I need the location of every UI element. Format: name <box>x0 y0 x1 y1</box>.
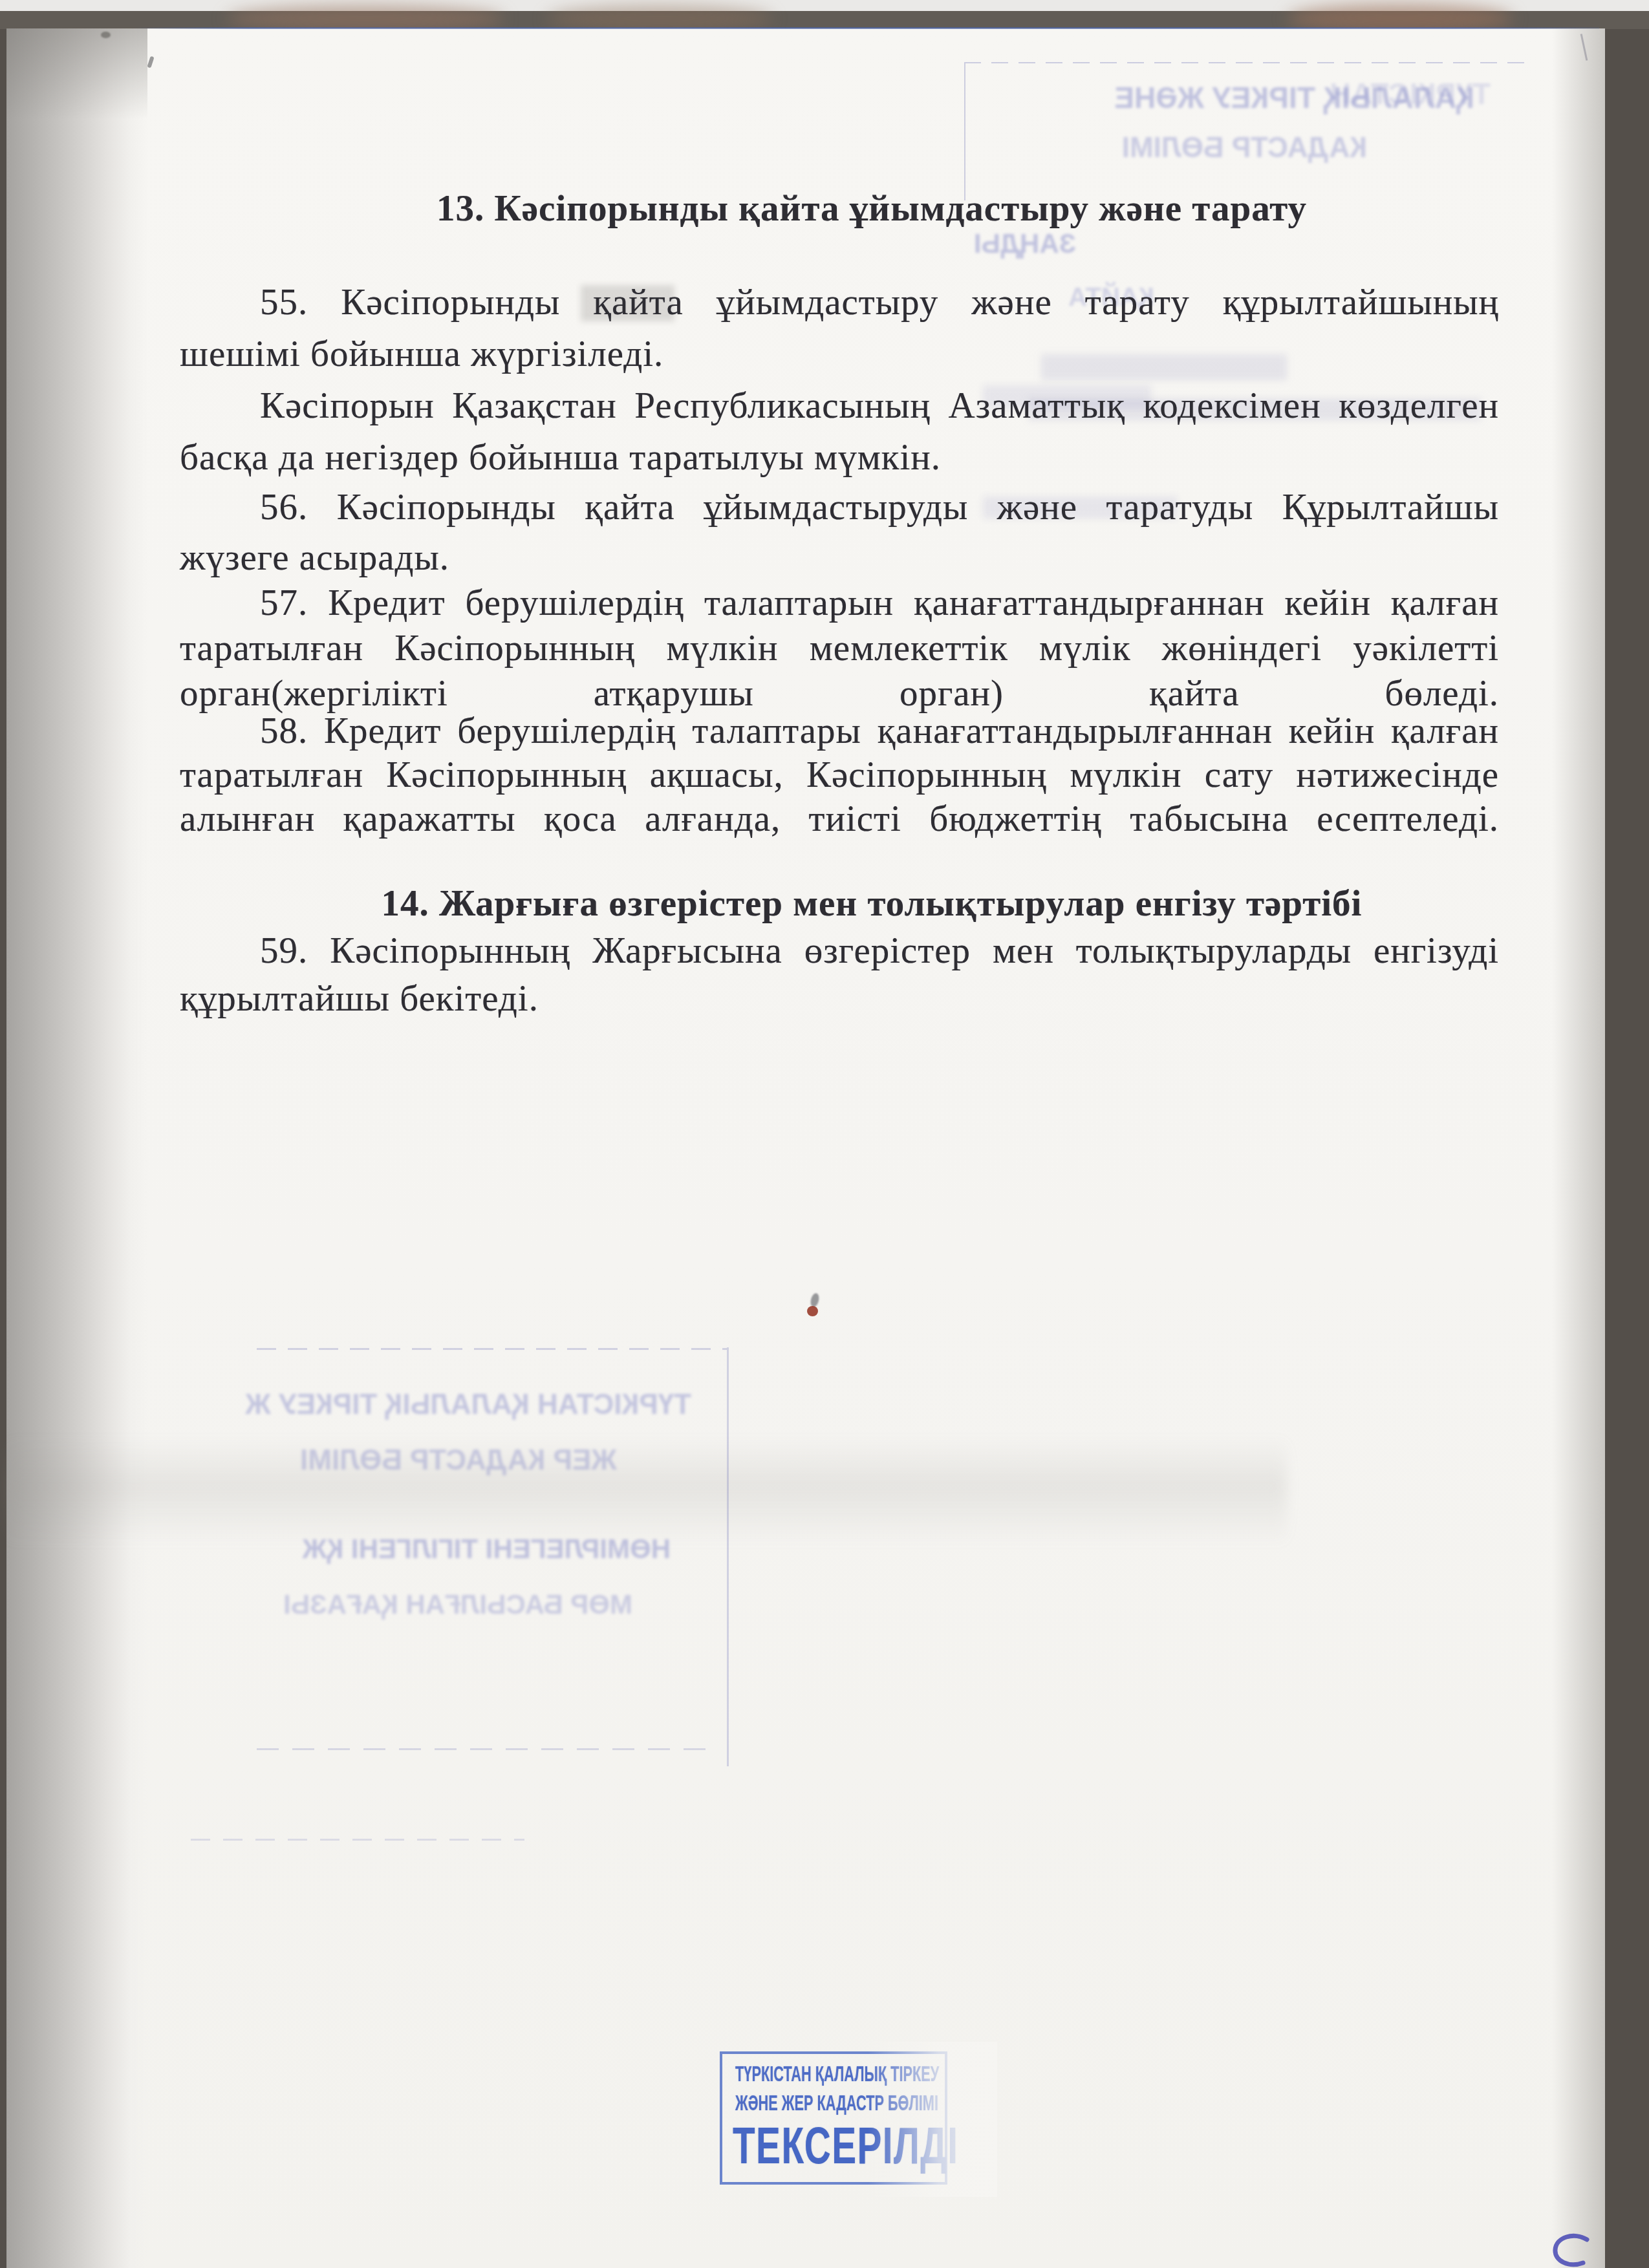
handwritten-mark <box>1549 2233 1596 2268</box>
bleed-stamp-text: ТҮРКІСТАН ҚАЛАЛЫҚ ТІРКЕУ Ж <box>257 1389 691 1421</box>
bleed-stamp-border <box>964 63 965 200</box>
heading-text: 13. Кәсіпорынды қайта ұйымдастыру және т… <box>180 184 1499 233</box>
text-line: таратылған Кәсіпорынның ақшасы, Кәсіпоры… <box>180 753 1499 797</box>
bleed-stamp-text: НӨМІРЛЕГЕНІ ТІГІЛГЕНІ ҚЖ <box>257 1534 671 1565</box>
binding-shadow-top <box>6 28 147 119</box>
bleed-stamp-text: ТҮРКІСТАН <box>1232 76 1491 111</box>
paragraph: 57. Кредит берушілердің талаптарын қанағ… <box>180 581 1499 716</box>
bleed-stamp-border <box>727 1347 729 1766</box>
text-line: 57. Кредит берушілердің талаптарын қанағ… <box>180 581 1499 626</box>
red-ink-dot <box>807 1306 818 1316</box>
section-heading: 13. Кәсіпорынды қайта ұйымдастыру және т… <box>180 184 1499 233</box>
scan-shadow-band <box>6 1437 1287 1546</box>
section-heading: 14. Жарғыға өзгерістер мен толықтырулар … <box>180 879 1499 928</box>
text-line: таратылған Кәсіпорынның мүлкін мемлекетт… <box>180 626 1499 671</box>
text-line: 56. Кәсіпорынды қайта ұйымдастыруды және… <box>180 482 1499 533</box>
paragraph: 56. Кәсіпорынды қайта ұйымдастыруды және… <box>180 482 1499 583</box>
stamp-ink-fade <box>868 2042 997 2197</box>
text-line: Кәсіпорын Қазақстан Республикасының Азам… <box>180 380 1499 432</box>
bleed-stamp-border <box>964 62 1527 63</box>
bleed-stamp-text: МӨР БАСЫЛҒАН ҚАҒАЗЫ <box>244 1589 632 1620</box>
text-line: жүзеге асырады. <box>180 533 1499 583</box>
dust-speck <box>101 32 111 38</box>
bleed-stamp-border <box>191 1839 524 1841</box>
scanned-page: ҚАЛАЛЫҚ ТІРКЕУ ЖӘНЕ ТҮРКІСТАН КАДАСТР БӨ… <box>0 0 1649 2268</box>
bleed-stamp-border <box>257 1348 727 1350</box>
bleed-stamp-text: ЖЕР КАДАСТР БӨЛІМІ <box>297 1444 617 1477</box>
text-line: алынған қаражатты қоса алғанда, тиісті б… <box>180 797 1499 841</box>
text-line: басқа да негіздер бойынша таратылуы мүмк… <box>180 432 1499 484</box>
paragraph: 58. Кредит берушілердің талаптары қанаға… <box>180 709 1499 841</box>
text-line: 59. Кәсіпорынның Жарғысына өзгерістер ме… <box>180 927 1499 975</box>
paper-top-edge <box>133 27 1599 29</box>
paragraph: 55. Кәсіпорынды қайта ұйымдастыру және т… <box>180 277 1499 380</box>
text-line: 55. Кәсіпорынды қайта ұйымдастыру және т… <box>180 277 1499 328</box>
heading-text: 14. Жарғыға өзгерістер мен толықтырулар … <box>180 879 1499 928</box>
text-line: құрылтайшы бекітеді. <box>180 975 1499 1023</box>
red-ink-blot <box>807 1293 820 1319</box>
paragraph: Кәсіпорын Қазақстан Республикасының Азам… <box>180 380 1499 484</box>
text-line: 58. Кредит берушілердің талаптары қанаға… <box>180 709 1499 753</box>
bleed-stamp-border <box>257 1748 715 1750</box>
paragraph: 59. Кәсіпорынның Жарғысына өзгерістер ме… <box>180 927 1499 1023</box>
text-line: шешімі бойынша жүргізіледі. <box>180 328 1499 380</box>
bleed-stamp-text: КАДАСТР БӨЛІМІ <box>1044 132 1367 164</box>
binding-shadow <box>6 28 147 2268</box>
page-right-shadow <box>1552 28 1605 2268</box>
